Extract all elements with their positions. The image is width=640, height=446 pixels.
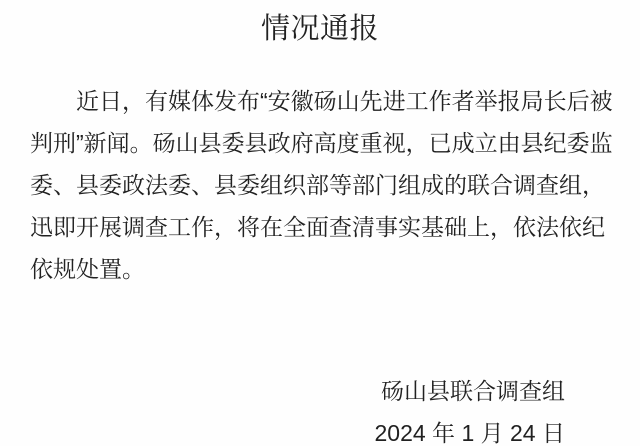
- notice-body-line: 判刑”新闻。砀山县委县政府高度重视，已成立由县纪委监: [30, 122, 610, 164]
- notice-body-line: 委、县委政法委、县委组织部等部门组成的联合调查组，: [30, 164, 610, 206]
- date-line: 2024 年 1 月 24 日: [0, 412, 565, 446]
- notice-document: 情况通报 近日，有媒体发布“安徽砀山先进工作者举报局长后被 判刑”新闻。砀山县委…: [0, 0, 640, 446]
- signature-line: 砀山县联合调查组: [0, 370, 565, 412]
- page-title: 情况通报: [0, 0, 640, 45]
- notice-body-line: 依规处置。: [30, 248, 610, 290]
- notice-body: 近日，有媒体发布“安徽砀山先进工作者举报局长后被 判刑”新闻。砀山县委县政府高度…: [0, 80, 640, 290]
- notice-footer: 砀山县联合调查组 2024 年 1 月 24 日: [0, 370, 640, 446]
- notice-body-line: 近日，有媒体发布“安徽砀山先进工作者举报局长后被: [30, 80, 610, 122]
- notice-body-line: 迅即开展调查工作，将在全面查清事实基础上，依法依纪: [30, 206, 610, 248]
